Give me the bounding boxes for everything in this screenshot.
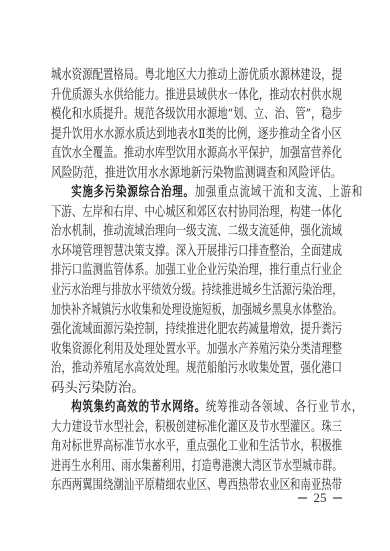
line-text: 提升饮用水水源水质达到地表水Ⅱ类的比例，逐步推动全省小区 xyxy=(51,127,342,142)
line-text: 加快补齐城镇污水收集和处理设施短板，加强城乡黑臭水体整治。 xyxy=(51,303,342,318)
line-text: 水环境管理智慧决策支撑。深入开展排污口排查整治，全面建成 xyxy=(51,244,342,259)
dash-left xyxy=(298,497,307,499)
text-line: 水环境管理智慧决策支撑。深入开展排污口排查整治，全面建成 xyxy=(51,242,342,262)
text-line: 提升饮用水水源水质达到地表水Ⅱ类的比例，逐步推动全省小区 xyxy=(51,125,342,145)
line-text: 进再生水利用、雨水集蓄利用，打造粤港澳大湾区节水型城市群。 xyxy=(51,459,342,474)
line-text: 码头污染防治。 xyxy=(51,381,145,396)
document-page: 城水资源配置格局。粤北地区大力推动上游优质水源林建设，提升优质源头水供给能力。推… xyxy=(0,0,390,551)
text-line: 大力建设节水型社会，积极创建标准化灌区及节水型灌区。珠三 xyxy=(51,418,342,438)
text-line: 强化流域面源污染控制，持续推进化肥农药减量增效，提升粪污 xyxy=(51,320,342,340)
line-text: 大力建设节水型社会，积极创建标准化灌区及节水型灌区。珠三 xyxy=(51,420,342,435)
text-line: 直饮水全覆盖。推动水库型饮用水源高水平保护，加强富营养化 xyxy=(51,144,342,164)
line-text: 直饮水全覆盖。推动水库型饮用水源高水平保护，加强富营养化 xyxy=(51,146,342,161)
line-text: 统筹推动各领域、各行业节水， xyxy=(206,400,362,415)
text-line: 升优质源头水供给能力。推进县域供水一体化，推动农村供水规 xyxy=(51,86,342,106)
text-line: 下游、左岸和右岸、中心城区和郊区农村协同治理，构建一体化 xyxy=(51,203,342,223)
text-line: 业污水治理与排放水平绩效分级。持续推进城乡生活源污染治理， xyxy=(51,281,342,301)
text-line: 模化和水质提升。规范各级饮用水源地“划、立、治、管”，稳步 xyxy=(51,105,342,125)
line-text: 治水机制，推动流域治理向一级支流、二级支流延伸，强化流域 xyxy=(51,224,342,239)
text-line: 治，推动养殖尾水高效处理。规范船舶污水收集处置，强化港口 xyxy=(51,359,342,379)
line-text: 角对标世界高标准节水水平，重点强化工业和生活节水，积极推 xyxy=(51,439,342,454)
line-text: 治，推动养殖尾水高效处理。规范船舶污水收集处置，强化港口 xyxy=(51,361,342,376)
text-line: 收集资源化利用及处理处置水平。加强水产养殖污染分类清理整 xyxy=(51,340,342,360)
text-line: 构筑集约高效的节水网络。统筹推动各领域、各行业节水， xyxy=(51,398,362,418)
text-line: 治水机制，推动流域治理向一级支流、二级支流延伸，强化流域 xyxy=(51,222,342,242)
line-text: 强化流域面源污染控制，持续推进化肥农药减量增效，提升粪污 xyxy=(51,322,342,337)
text-line: 排污口监测监管体系。加强工业企业污染治理，推行重点行业企 xyxy=(51,261,342,281)
text-line: 码头污染防治。 xyxy=(51,379,342,399)
paragraph-heading: 实施多污染源综合治理。 xyxy=(71,184,194,200)
line-text: 收集资源化利用及处理处置水平。加强水产养殖污染分类清理整 xyxy=(51,342,342,357)
line-text: 风险防范，推进饮用水水源地新污染物监测调查和风险评估。 xyxy=(51,166,342,181)
line-text: 升优质源头水供给能力。推进县域供水一体化，推动农村供水规 xyxy=(51,88,342,103)
text-line: 加快补齐城镇污水收集和处理设施短板，加强城乡黑臭水体整治。 xyxy=(51,301,342,321)
line-text: 业污水治理与排放水平绩效分级。持续推进城乡生活源污染治理， xyxy=(51,283,342,298)
line-text: 加强重点流域干流和支流、上游和 xyxy=(195,185,363,200)
text-line: 城水资源配置格局。粤北地区大力推动上游优质水源林建设，提 xyxy=(51,66,342,86)
text-line: 风险防范，推进饮用水水源地新污染物监测调查和风险评估。 xyxy=(51,164,342,184)
dash-right xyxy=(333,497,342,499)
page-footer: 25 xyxy=(298,490,342,506)
text-line: 角对标世界高标准节水水平，重点强化工业和生活节水，积极推 xyxy=(51,437,342,457)
line-text: 模化和水质提升。规范各级饮用水源地“划、立、治、管”，稳步 xyxy=(51,107,342,122)
body-text: 城水资源配置格局。粤北地区大力推动上游优质水源林建设，提升优质源头水供给能力。推… xyxy=(51,66,342,496)
line-text: 城水资源配置格局。粤北地区大力推动上游优质水源林建设，提 xyxy=(51,68,342,83)
paragraph-heading: 构筑集约高效的节水网络。 xyxy=(71,399,206,415)
text-line: 进再生水利用、雨水集蓄利用，打造粤港澳大湾区节水型城市群。 xyxy=(51,457,342,477)
line-text: 排污口监测监管体系。加强工业企业污染治理，推行重点行业企 xyxy=(51,263,342,278)
text-line: 实施多污染源综合治理。加强重点流域干流和支流、上游和 xyxy=(51,183,362,203)
page-number: 25 xyxy=(314,490,327,506)
line-text: 下游、左岸和右岸、中心城区和郊区农村协同治理，构建一体化 xyxy=(51,205,342,220)
